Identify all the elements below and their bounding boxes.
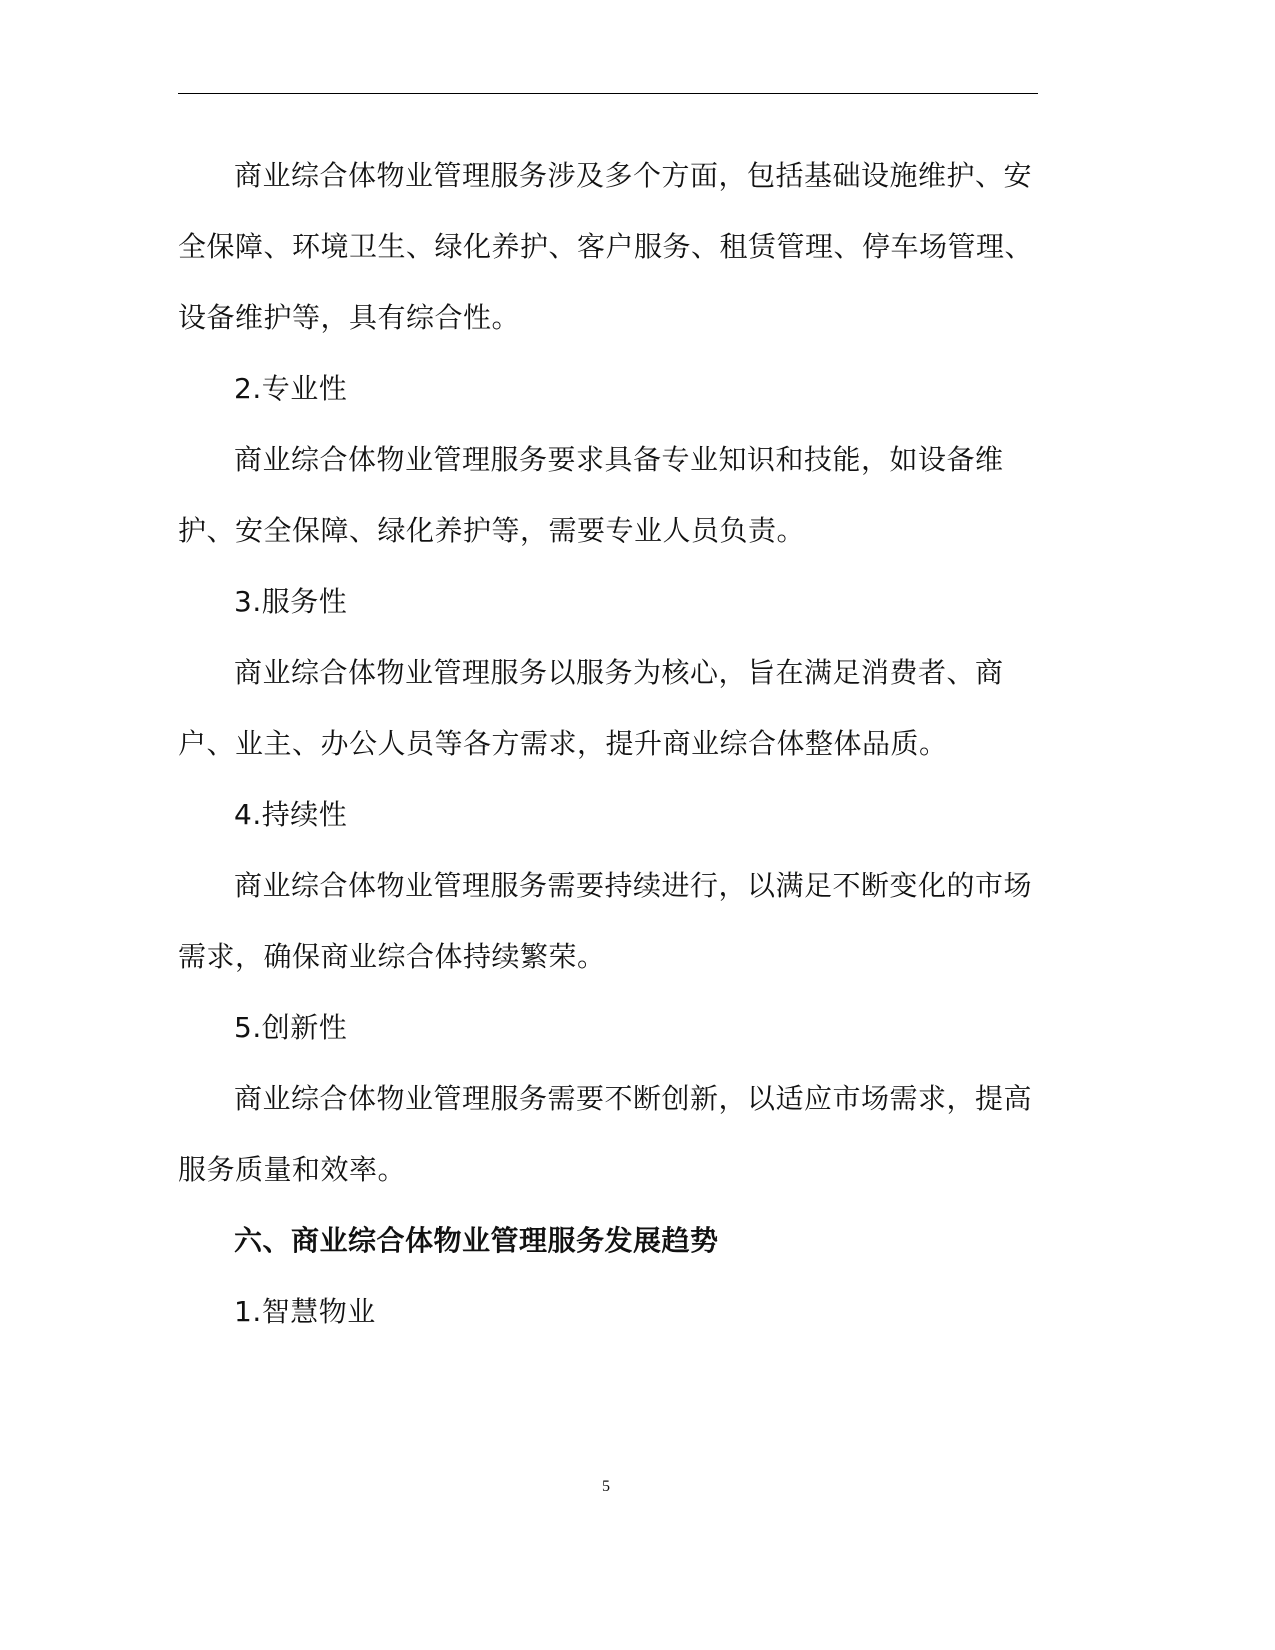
paragraph-line: 商业综合体物业管理服务涉及多个方面，包括基础设施维护、安 bbox=[178, 140, 1018, 211]
paragraph-line: 服务质量和效率。 bbox=[178, 1134, 1018, 1205]
subheading-sustainability: 4.持续性 bbox=[178, 779, 1018, 850]
document-body: 商业综合体物业管理服务涉及多个方面，包括基础设施维护、安 全保障、环境卫生、绿化… bbox=[178, 140, 1018, 1347]
subheading-innovation: 5.创新性 bbox=[178, 992, 1018, 1063]
section-heading: 六、商业综合体物业管理服务发展趋势 bbox=[178, 1205, 1018, 1276]
paragraph-line: 需求，确保商业综合体持续繁荣。 bbox=[178, 921, 1018, 992]
subheading-smart-property: 1.智慧物业 bbox=[178, 1276, 1018, 1347]
paragraph-line: 商业综合体物业管理服务要求具备专业知识和技能，如设备维 bbox=[178, 424, 1018, 495]
paragraph-line: 户、业主、办公人员等各方需求，提升商业综合体整体品质。 bbox=[178, 708, 1018, 779]
paragraph-line: 商业综合体物业管理服务需要持续进行，以满足不断变化的市场 bbox=[178, 850, 1018, 921]
header-rule bbox=[178, 93, 1038, 94]
paragraph-line: 护、安全保障、绿化养护等，需要专业人员负责。 bbox=[178, 495, 1018, 566]
paragraph-line: 全保障、环境卫生、绿化养护、客户服务、租赁管理、停车场管理、 bbox=[178, 211, 1018, 282]
subheading-service: 3.服务性 bbox=[178, 566, 1018, 637]
paragraph-line: 商业综合体物业管理服务以服务为核心，旨在满足消费者、商 bbox=[178, 637, 1018, 708]
paragraph-line: 商业综合体物业管理服务需要不断创新，以适应市场需求，提高 bbox=[178, 1063, 1018, 1134]
subheading-professional: 2.专业性 bbox=[178, 353, 1018, 424]
page-number: 5 bbox=[0, 1478, 1212, 1496]
paragraph-line: 设备维护等，具有综合性。 bbox=[178, 282, 1018, 353]
